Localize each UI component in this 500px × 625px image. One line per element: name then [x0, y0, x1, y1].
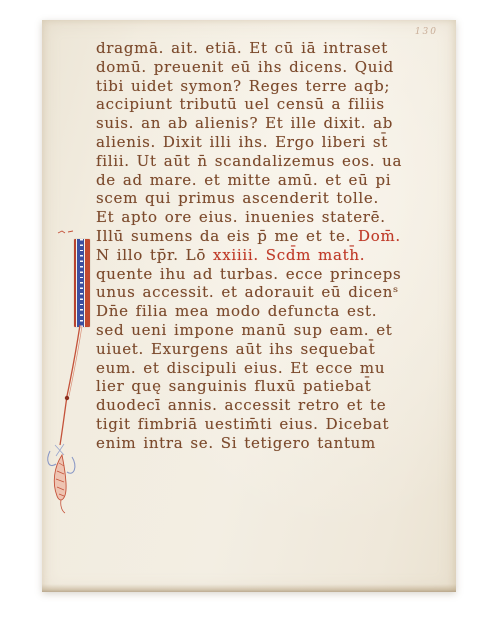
manuscript-text-line: sed ueni impone manū sup eam. et [96, 321, 444, 340]
text-block: dragmā. ait. etiā. Et cū iā intrasetdomū… [96, 39, 444, 453]
line-text: domū. preuenit eū ihs dicens. Quid [96, 58, 394, 76]
manuscript-text-line: N illo tp̄r. Lō xxiiii. Scd̄m math̄. [96, 246, 444, 265]
manuscript-text-line: enim intra se. Si tetigero tantum [96, 434, 444, 453]
line-text: tibi uidet symon? Reges terre aqb; [96, 77, 390, 95]
manuscript-text-line: scem qui primus ascenderit tolle. [96, 189, 444, 208]
manuscript-text-line: lier quę sanguinis fluxū patiebat̄ [96, 377, 444, 396]
filigree-knot [65, 396, 69, 400]
filigree-tail [60, 325, 80, 445]
line-text: lier quę sanguinis fluxū patiebat̄ [96, 377, 371, 395]
line-text: duodecī annis. accessit retro et te [96, 396, 386, 414]
line-text: eum. et discipuli eius. Et ecce mu [96, 359, 385, 377]
line-text: accipiunt tributū uel censū a filiis [96, 95, 385, 113]
manuscript-text-line: unus accessit. et adorauit eū dicenˢ [96, 283, 444, 302]
manuscript-text-line: domū. preuenit eū ihs dicens. Quid [96, 58, 444, 77]
manuscript-text-line: accipiunt tributū uel censū a filiis [96, 95, 444, 114]
leaf-terminal [54, 455, 66, 500]
manuscript-text-line: filii. Ut aūt n̄ scandalizemus eos. ua [96, 152, 444, 171]
guide-mark-icon [58, 231, 73, 233]
manuscript-text-line: tibi uidet symon? Reges terre aqb; [96, 77, 444, 96]
filigree-tail-highlight [69, 326, 82, 396]
line-text: scem qui primus ascenderit tolle. [96, 189, 379, 207]
line-text: Dn̄e filia mea modo defuncta est. [96, 302, 377, 320]
manuscript-text-line: duodecī annis. accessit retro et te [96, 396, 444, 415]
manuscript-text-line: de ad mare. et mitte amū. et eū pi [96, 171, 444, 190]
manuscript-text-line: Illū sumens da eis p̄ me et te. Dom̄. [96, 227, 444, 246]
line-text: Et apto ore eius. inuenies staterē. [96, 208, 386, 226]
line-text: Illū sumens da eis p̄ me et te. [96, 227, 358, 245]
line-text: alienis. Dixit illi ihs. Ergo liberi st̄ [96, 133, 388, 151]
line-text: unus accessit. et adorauit eū dicenˢ [96, 283, 399, 301]
line-text: filii. Ut aūt n̄ scandalizemus eos. ua [96, 152, 402, 170]
leaf-tail-tip [61, 500, 65, 513]
manuscript-text-line: suis. an ab alienis? Et ille dixit. ab [96, 114, 444, 133]
manuscript-text-line: dragmā. ait. etiā. Et cū iā intraset [96, 39, 444, 58]
line-text: tigit fimbriā uestim̄ti eius. Dicebat [96, 415, 389, 433]
manuscript-text-line: quente ihu ad turbas. ecce princeps [96, 265, 444, 284]
manuscript-text-line: uiuet. Exurgens aūt ihs sequebat̄ [96, 340, 444, 359]
line-text: uiuet. Exurgens aūt ihs sequebat̄ [96, 340, 375, 358]
line-rubric-text: Dom̄. [358, 227, 401, 245]
line-rubric-text: xxiiii. Scd̄m math̄. [213, 246, 365, 264]
line-text: dragmā. ait. etiā. Et cū iā intraset [96, 39, 388, 57]
manuscript-text-line: alienis. Dixit illi ihs. Ergo liberi st̄ [96, 133, 444, 152]
manuscript-text-line: tigit fimbriā uestim̄ti eius. Dicebat [96, 415, 444, 434]
line-text: quente ihu ad turbas. ecce princeps [96, 265, 401, 283]
line-text: de ad mare. et mitte amū. et eū pi [96, 171, 391, 189]
line-text: N illo tp̄r. Lō [96, 246, 213, 264]
manuscript-text-line: Dn̄e filia mea modo defuncta est. [96, 302, 444, 321]
manuscript-text-line: eum. et discipuli eius. Et ecce mu [96, 359, 444, 378]
manuscript-page: 130 dragmā. ait. etiā. Et cū iā intraset… [42, 20, 456, 592]
line-text: enim intra se. Si tetigero tantum [96, 434, 376, 452]
folio-number: 130 [415, 27, 438, 37]
line-text: suis. an ab alienis? Et ille dixit. ab [96, 114, 393, 132]
initial-filigree-flourish [42, 215, 102, 515]
manuscript-text-line: Et apto ore eius. inuenies staterē. [96, 208, 444, 227]
line-text: sed ueni impone manū sup eam. et [96, 321, 393, 339]
blue-cross-flourish [55, 444, 64, 456]
